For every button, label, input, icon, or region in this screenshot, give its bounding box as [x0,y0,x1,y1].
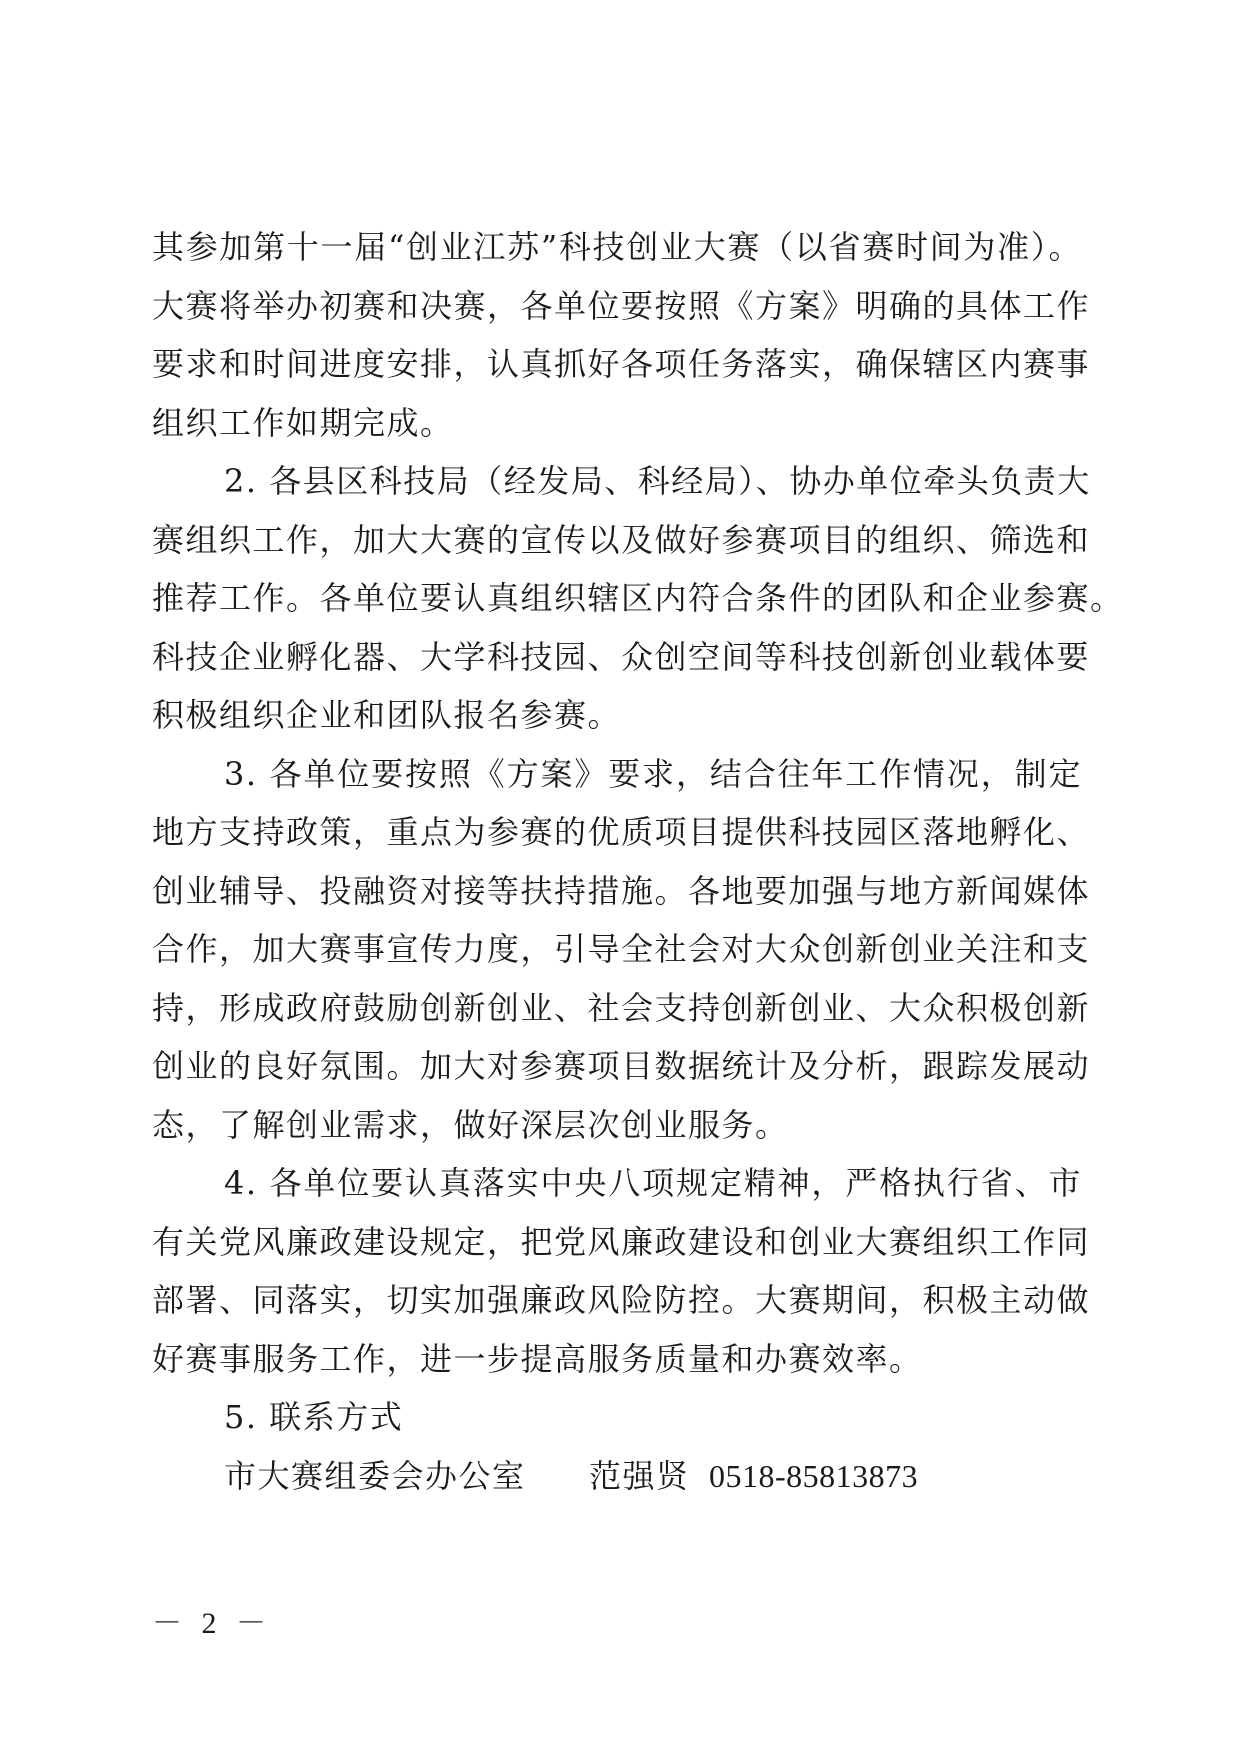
page-number: － 2 － [152,1598,272,1642]
paragraph-2-line-5: 积极组织企业和团队报名参赛。 [152,686,1082,745]
paragraph-4-line-4: 好赛事服务工作，进一步提高服务质量和办赛效率。 [152,1330,1082,1389]
paragraph-2-line-2: 赛组织工作，加大大赛的宣传以及做好参赛项目的组织、筛选和 [152,511,1082,570]
contact-phone: 0518-85813873 [709,1447,918,1506]
contact-info: 市大赛组委会办公室范强贤0518-85813873 [152,1447,1082,1506]
paragraph-1-line-2: 大赛将举办初赛和决赛，各单位要按照《方案》明确的具体工作 [152,277,1082,336]
paragraph-2-line-3: 推荐工作。各单位要认真组织辖区内符合条件的团队和企业参赛。 [152,569,1082,628]
contact-person: 范强贤 [589,1447,709,1506]
paragraph-3-line-6: 创业的良好氛围。加大对参赛项目数据统计及分析，跟踪发展动 [152,1037,1082,1096]
paragraph-1-line-4: 组织工作如期完成。 [152,394,1082,453]
section-heading-contact: 5. 联系方式 [152,1388,1082,1447]
paragraph-4-line-1: 4. 各单位要认真落实中央八项规定精神，严格执行省、市 [152,1154,1082,1213]
paragraph-4-line-2: 有关党风廉政建设规定，把党风廉政建设和创业大赛组织工作同 [152,1213,1082,1272]
paragraph-3-line-7: 态，了解创业需求，做好深层次创业服务。 [152,1096,1082,1155]
document-page: 其参加第十一届“创业江苏”科技创业大赛（以省赛时间为准）。 大赛将举办初赛和决赛… [0,0,1240,1754]
paragraph-3-line-1: 3. 各单位要按照《方案》要求，结合往年工作情况，制定 [152,745,1082,804]
document-body: 其参加第十一届“创业江苏”科技创业大赛（以省赛时间为准）。 大赛将举办初赛和决赛… [152,218,1082,1505]
paragraph-3-line-2: 地方支持政策，重点为参赛的优质项目提供科技园区落地孵化、 [152,803,1082,862]
paragraph-3-line-3: 创业辅导、投融资对接等扶持措施。各地要加强与地方新闻媒体 [152,862,1082,921]
contact-office: 市大赛组委会办公室 [224,1447,589,1506]
paragraph-1-line-1: 其参加第十一届“创业江苏”科技创业大赛（以省赛时间为准）。 [152,218,1082,277]
paragraph-3-line-5: 持，形成政府鼓励创新创业、社会支持创新创业、大众积极创新 [152,979,1082,1038]
paragraph-2-line-1: 2. 各县区科技局（经发局、科经局）、协办单位牵头负责大 [152,452,1082,511]
paragraph-4-line-3: 部署、同落实，切实加强廉政风险防控。大赛期间，积极主动做 [152,1271,1082,1330]
paragraph-3-line-4: 合作，加大赛事宣传力度，引导全社会对大众创新创业关注和支 [152,920,1082,979]
paragraph-1-line-3: 要求和时间进度安排，认真抓好各项任务落实，确保辖区内赛事 [152,335,1082,394]
paragraph-2-line-4: 科技企业孵化器、大学科技园、众创空间等科技创新创业载体要 [152,628,1082,687]
